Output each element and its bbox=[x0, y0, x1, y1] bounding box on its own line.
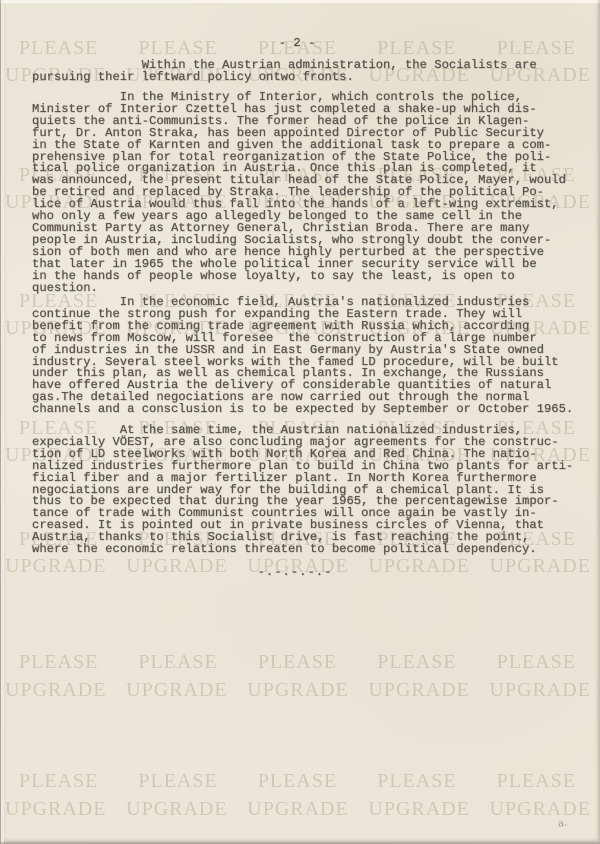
paragraph-intro: Within the Austrian administration, the … bbox=[32, 60, 592, 84]
section-separator: -.-.-.-.- bbox=[0, 567, 590, 579]
paragraph-nationalized-industries: At the same time, the Austrian nationali… bbox=[32, 425, 592, 556]
text-line: in the hands of people whose loyalty, to… bbox=[32, 271, 592, 283]
text-line: question. bbox=[32, 283, 592, 295]
paragraph-ministry-of-interior: In the Ministry of Interior, which contr… bbox=[32, 92, 592, 294]
text-line: channels and a consclusion is to be expe… bbox=[32, 404, 592, 416]
page-number: - 2 - bbox=[0, 38, 594, 50]
document-body: - 2 - Within the Austrian administration… bbox=[0, 0, 600, 844]
scanned-paper-page: PLEASEPLEASEPLEASEPLEASEPLEASEUPGRADEUPG… bbox=[0, 0, 600, 844]
text-line: pursuing their leftward policy ontwo fro… bbox=[32, 72, 592, 84]
paragraph-economic-field: In the economic field, Austria's nationa… bbox=[32, 297, 592, 416]
text-line: where the economic relations threaten to… bbox=[32, 544, 592, 556]
handwritten-corner-mark: a. bbox=[557, 817, 568, 829]
